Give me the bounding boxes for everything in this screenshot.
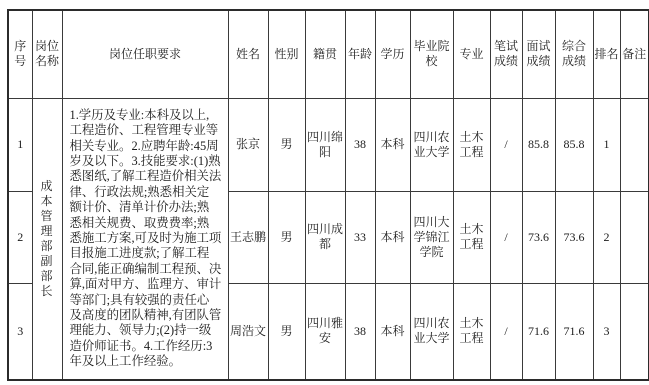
cell-requirements: 1.学历及专业:本科及以上,工程造价、工程管理专业等相关专业。2.应聘年龄:45… [62, 98, 228, 380]
column-header-school: 毕业院校 [410, 10, 453, 98]
cell-name: 周浩文 [228, 283, 268, 380]
column-header-rank: 排名 [593, 10, 620, 98]
cell-rank: 1 [593, 98, 620, 191]
column-header-written-score: 笔试成绩 [490, 10, 522, 98]
cell-written-score: / [490, 283, 522, 380]
cell-written-score: / [490, 98, 522, 191]
cell-major: 土木工程 [453, 283, 490, 380]
cell-note [620, 283, 649, 380]
cell-no: 1 [8, 98, 32, 191]
cell-written-score: / [490, 191, 522, 283]
cell-note [620, 191, 649, 283]
cell-note [620, 98, 649, 191]
cell-school: 四川农业大学 [410, 98, 453, 191]
column-header-gender: 性别 [268, 10, 305, 98]
cell-position-name: 成本管理部副部长 [32, 98, 62, 380]
cell-overall-score: 73.6 [555, 191, 593, 283]
cell-hometown: 四川绵阳 [305, 98, 345, 191]
column-header-overall-score: 综合成绩 [555, 10, 593, 98]
cell-hometown: 四川雅安 [305, 283, 345, 380]
cell-gender: 男 [268, 98, 305, 191]
column-header-major: 专业 [453, 10, 490, 98]
column-header-name: 姓名 [228, 10, 268, 98]
cell-no: 2 [8, 191, 32, 283]
column-header-position: 岗位名称 [32, 10, 62, 98]
cell-gender: 男 [268, 191, 305, 283]
cell-age: 33 [345, 191, 375, 283]
cell-gender: 男 [268, 283, 305, 380]
cell-interview-score: 73.6 [522, 191, 555, 283]
column-header-note: 备注 [620, 10, 649, 98]
cell-rank: 2 [593, 191, 620, 283]
cell-education: 本科 [375, 98, 410, 191]
column-header-age: 年龄 [345, 10, 375, 98]
recruitment-results-table: 序号 岗位名称 岗位任职要求 姓名 性别 籍贯 年龄 学历 毕业院校 专业 笔试… [7, 9, 649, 381]
cell-hometown: 四川成都 [305, 191, 345, 283]
cell-name: 王志鹏 [228, 191, 268, 283]
cell-name: 张京 [228, 98, 268, 191]
column-header-no: 序号 [8, 10, 32, 98]
cell-rank: 3 [593, 283, 620, 380]
column-header-hometown: 籍贯 [305, 10, 345, 98]
cell-interview-score: 71.6 [522, 283, 555, 380]
cell-age: 38 [345, 98, 375, 191]
table-row: 1 成本管理部副部长 1.学历及专业:本科及以上,工程造价、工程管理专业等相关专… [8, 98, 649, 191]
cell-education: 本科 [375, 191, 410, 283]
column-header-interview-score: 面试成绩 [522, 10, 555, 98]
cell-school: 四川农业大学 [410, 283, 453, 380]
cell-major: 土木工程 [453, 191, 490, 283]
cell-interview-score: 85.8 [522, 98, 555, 191]
cell-no: 3 [8, 283, 32, 380]
cell-education: 本科 [375, 283, 410, 380]
cell-overall-score: 85.8 [555, 98, 593, 191]
cell-overall-score: 71.6 [555, 283, 593, 380]
column-header-requirements: 岗位任职要求 [62, 10, 228, 98]
cell-school: 四川大学锦江学院 [410, 191, 453, 283]
cell-major: 土木工程 [453, 98, 490, 191]
cell-age: 38 [345, 283, 375, 380]
table-header-row: 序号 岗位名称 岗位任职要求 姓名 性别 籍贯 年龄 学历 毕业院校 专业 笔试… [8, 10, 649, 98]
column-header-education: 学历 [375, 10, 410, 98]
